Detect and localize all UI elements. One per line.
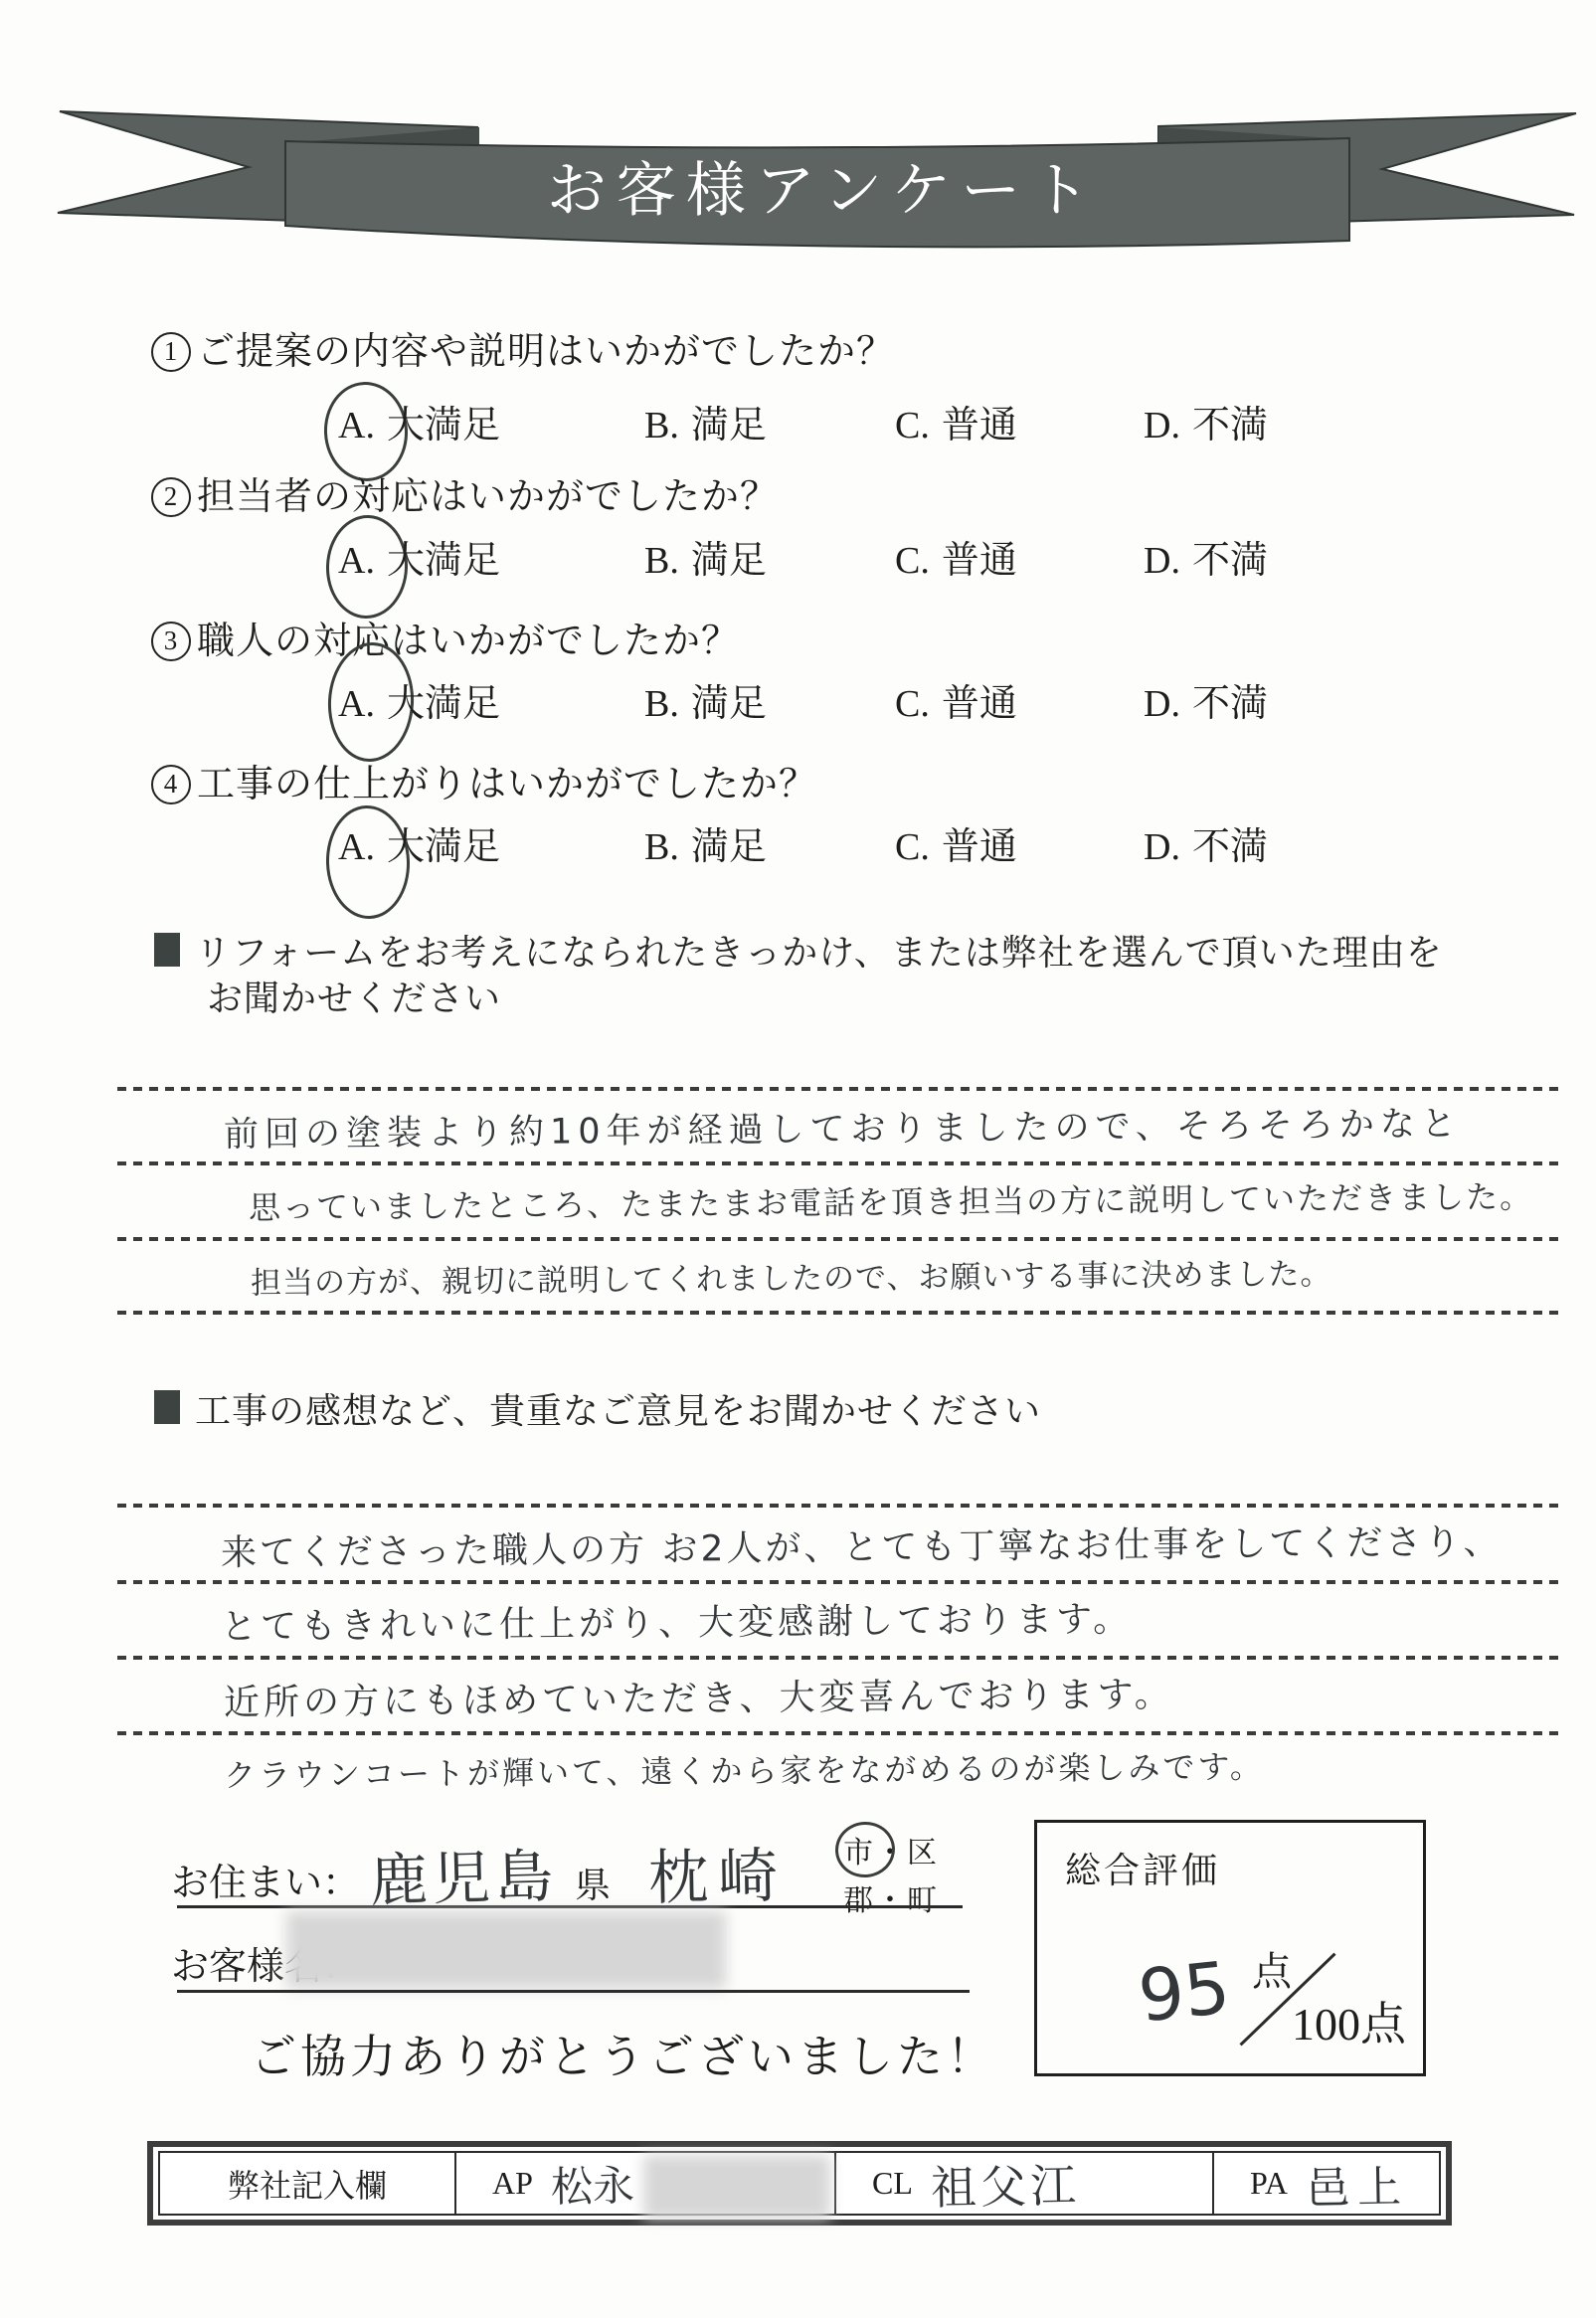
question-3-option-c: C.普通 (895, 672, 1017, 727)
pa-code: PA (1250, 2165, 1288, 2202)
reason-section-heading-line1: リフォームをお考えになられたきっかけ、または弊社を選んで頂いた理由を (195, 925, 1443, 976)
residence-city-handwritten: 枕崎 (647, 1829, 788, 1916)
writing-line (117, 1237, 1563, 1241)
reason-handwritten-line-1: 前回の塗装より約10年が経過しておりましたので、そろそろかなと (224, 1097, 1462, 1158)
pa-name-handwritten: 邑上 (1305, 2151, 1409, 2217)
ap-code: AP (492, 2165, 533, 2202)
question-4-number-circle: 4 (151, 765, 191, 804)
question-1-option-b: B.満足 (644, 394, 767, 448)
overall-rating-box: 総合評価 95 点 100点 (1034, 1820, 1426, 2076)
question-4-text: 工事の仕上がりはいかがでしたか？ (197, 764, 817, 805)
ap-name-handwritten: 松永 (550, 2153, 634, 2214)
residence-prefecture-unit: 県 (575, 1858, 611, 1908)
customer-name-underline (177, 1990, 970, 1993)
cl-code: CL (872, 2165, 913, 2202)
reason-section-heading-line2: お聞かせください (207, 971, 501, 1021)
reason-handwritten-line-2: 思っていましたところ、たまたまお電話を頂き担当の方に説明していただきました。 (249, 1171, 1533, 1228)
writing-line (117, 1656, 1563, 1660)
company-table-cl-cell: CL 祖父江 (834, 2153, 1212, 2214)
question-4-option-a: A.大満足 (338, 815, 500, 870)
question-2-option-b: B.満足 (644, 529, 767, 584)
question-2-heading: 2担当者の対応はいかがでしたか？ (151, 465, 779, 520)
feedback-handwritten-line-3: 近所の方にもほめていただき、大変喜んでおります。 (224, 1667, 1174, 1725)
residence-label: お住まい： (171, 1852, 360, 1906)
writing-line (117, 1087, 1563, 1091)
feedback-handwritten-line-4: クラウンコートが輝いて、遠くから家をながめるのが楽しみです。 (224, 1741, 1265, 1796)
question-3-option-d: D.不満 (1144, 672, 1268, 727)
question-2-option-c: C.普通 (895, 529, 1017, 584)
writing-line (117, 1731, 1563, 1735)
question-1-option-d: D.不満 (1144, 394, 1268, 448)
feedback-handwritten-line-1: 来てくださった職人の方 お2人が、とても丁寧なお仕事をしてくださり、 (221, 1514, 1503, 1575)
question-1-number-circle: 1 (151, 332, 191, 372)
residence-city-units-bottom: 郡・町 (843, 1875, 939, 1919)
section-bullet-icon (154, 1390, 180, 1424)
ribbon-banner: お客様アンケート (40, 70, 1591, 268)
section-bullet-icon (154, 933, 180, 967)
question-3-option-b: B.満足 (644, 672, 767, 727)
question-3-text: 職人の対応はいかがでしたか？ (197, 621, 740, 662)
question-2-option-a: A.大満足 (338, 529, 500, 584)
overall-rating-denominator: 100点 (1292, 1988, 1406, 2053)
reason-handwritten-line-3: 担当の方が、親切に説明してくれましたので、お願いする事に決めました。 (251, 1248, 1332, 1302)
overall-rating-label: 総合評価 (1065, 1843, 1220, 1893)
question-4-option-c: C.普通 (895, 815, 1017, 870)
company-table-ap-cell: AP 松永 (454, 2153, 834, 2214)
writing-line (117, 1311, 1563, 1315)
question-3-heading: 3職人の対応はいかがでしたか？ (151, 610, 740, 664)
question-4-option-d: D.不満 (1144, 815, 1268, 870)
feedback-handwritten-line-2: とてもきれいに仕上がり、大変感謝しております。 (221, 1591, 1134, 1650)
writing-line (117, 1580, 1563, 1584)
company-table-pa-cell: PA 邑上 (1212, 2153, 1439, 2214)
question-2-text: 担当者の対応はいかがでしたか？ (197, 476, 779, 518)
company-table-header-cell: 弊社記入欄 (160, 2153, 454, 2214)
thanks-message: ご協力ありがとうございました！ (251, 2021, 996, 2086)
writing-line (117, 1161, 1563, 1165)
ap-name-redacted (643, 2155, 830, 2219)
question-4-option-b: B.満足 (644, 815, 767, 870)
question-1-option-c: C.普通 (895, 394, 1017, 448)
survey-page: お客様アンケート 1ご提案の内容や説明はいかがでしたか？ A.大満足 B.満足 … (0, 0, 1596, 2318)
customer-name-redacted (286, 1911, 726, 1989)
feedback-section-heading: 工事の感想など、貴重なご意見をお聞かせください (195, 1383, 1041, 1434)
company-table: 弊社記入欄 AP 松永 CL 祖父江 PA 邑上 (147, 2141, 1452, 2226)
cl-name-handwritten: 祖父江 (930, 2149, 1080, 2218)
question-1-option-a: A.大満足 (338, 394, 500, 448)
question-1-text: ご提案の内容や説明はいかがでしたか？ (197, 331, 895, 373)
question-2-option-d: D.不満 (1144, 529, 1268, 584)
overall-rating-score-handwritten: 95 (1135, 1945, 1234, 2038)
writing-line (117, 1504, 1563, 1508)
question-2-number-circle: 2 (151, 477, 191, 517)
question-4-heading: 4工事の仕上がりはいかがでしたか？ (151, 753, 817, 807)
banner-title: お客様アンケート (547, 157, 1100, 224)
residence-underline (177, 1905, 963, 1908)
question-3-number-circle: 3 (151, 622, 191, 661)
question-1-heading: 1ご提案の内容や説明はいかがでしたか？ (151, 320, 895, 375)
overall-rating-unit: 点 (1252, 1940, 1292, 1997)
question-3-option-a: A.大満足 (338, 672, 500, 727)
